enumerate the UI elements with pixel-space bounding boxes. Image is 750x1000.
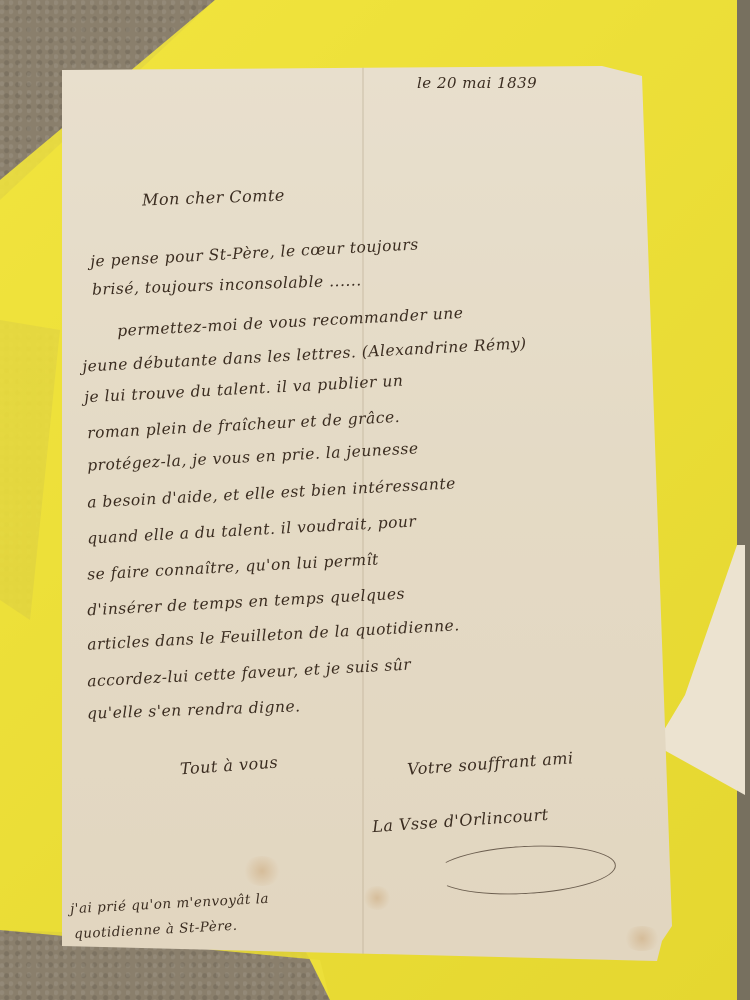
letter-line: je pense pour St-Père, le cœur toujours [90, 235, 419, 270]
carpet-background [737, 0, 750, 1000]
letter-line: je lui trouve du talent. il va publier u… [84, 372, 404, 407]
signature-flourish [433, 841, 617, 898]
letter-line: roman plein de fraîcheur et de grâce. [87, 408, 401, 442]
letter-line: brisé, toujours inconsolable ...... [92, 271, 362, 298]
letter-closing-right: Votre souffrant ami [407, 748, 575, 779]
postscript-line: quotidienne à St-Père. [74, 918, 238, 943]
foxing-stain [362, 886, 392, 910]
letter-line: se faire connaître, qu'on lui permît [87, 550, 380, 583]
letter-line: permettez-moi de vous recommander une [117, 304, 464, 340]
fold-crease [362, 66, 364, 961]
letter-line: protégez-la, je vous en prie. la jeuness… [87, 439, 419, 474]
letter-salutation: Mon cher Comte [142, 186, 285, 210]
postscript-line: j'ai prié qu'on m'envoyât la [70, 891, 270, 917]
foxing-stain [242, 856, 282, 886]
letter-line: quand elle a du talent. il voudrait, pou… [87, 512, 417, 547]
letter-date: le 20 mai 1839 [417, 74, 537, 92]
letter-line: d'insérer de temps en temps quelques [87, 585, 406, 620]
letter-line: a besoin d'aide, et elle est bien intére… [87, 474, 456, 511]
letter-line: jeune débutante dans les lettres. (Alexa… [82, 334, 527, 375]
letter-closing-left: Tout à vous [179, 753, 278, 779]
letter-signature: La Vsse d'Orlincourt [372, 805, 550, 836]
letter-line: qu'elle s'en rendra digne. [87, 697, 301, 722]
foxing-stain [622, 926, 662, 951]
letter-line: articles dans le Feuilleton de la quotid… [87, 616, 460, 653]
letter-page: le 20 mai 1839 Mon cher Comte je pense p… [62, 66, 672, 961]
